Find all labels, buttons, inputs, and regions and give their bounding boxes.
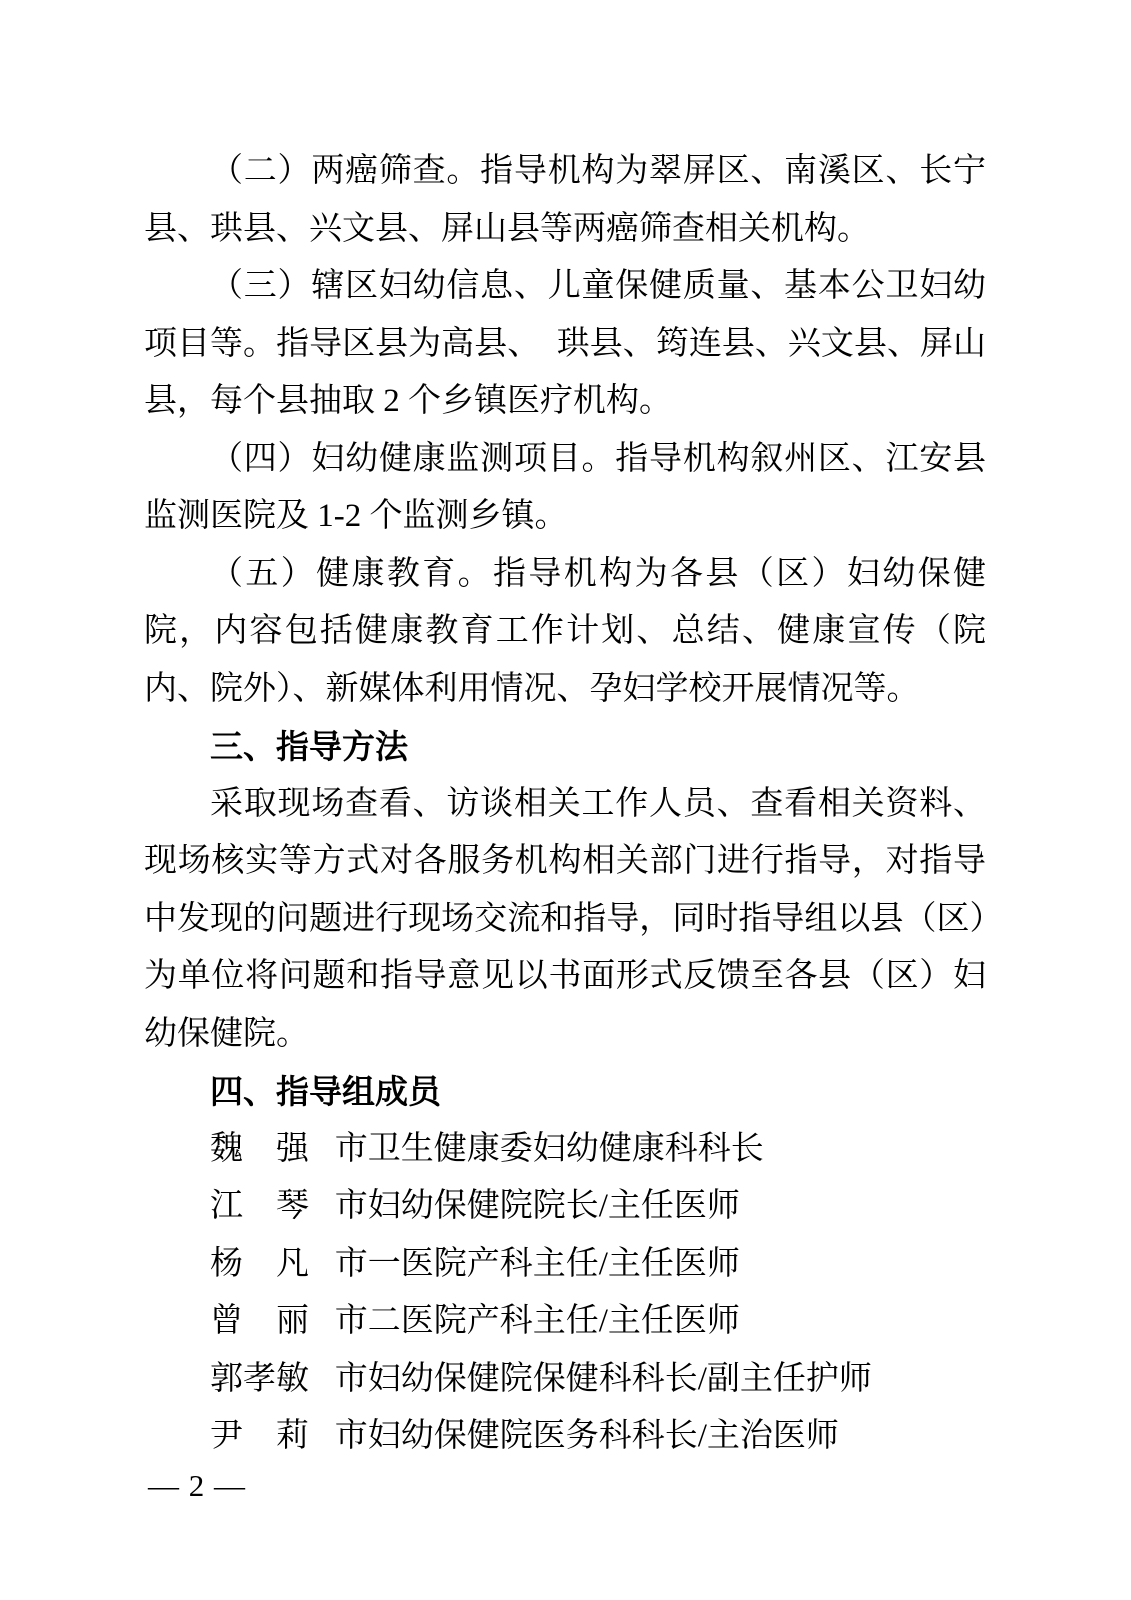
member-row: 郭孝敏市妇幼保健院保健科科长/副主任护师 xyxy=(144,1351,986,1409)
member-title: 市二医院产科主任/主任医师 xyxy=(335,1303,740,1339)
member-title: 市妇幼保健院保健科科长/副主任护师 xyxy=(335,1361,872,1397)
member-name: 江 琴 xyxy=(210,1178,309,1236)
section-heading-group-members: 四、指导组成员 xyxy=(144,1063,986,1121)
member-name: 尹 莉 xyxy=(210,1408,309,1466)
paragraph-cancer-screening: （二）两癌筛查。指导机构为翠屏区、南溪区、长宁县、珙县、兴文县、屏山县等两癌筛查… xyxy=(144,143,986,258)
paragraph-health-monitoring: （四）妇幼健康监测项目。指导机构叙州区、江安县监测医院及 1-2 个监测乡镇。 xyxy=(144,431,986,546)
document-body: （二）两癌筛查。指导机构为翠屏区、南溪区、长宁县、珙县、兴文县、屏山县等两癌筛查… xyxy=(144,143,986,1466)
member-name: 郭孝敏 xyxy=(210,1351,309,1409)
document-page: （二）两癌筛查。指导机构为翠屏区、南溪区、长宁县、珙县、兴文县、屏山县等两癌筛查… xyxy=(0,0,1131,1600)
section-heading-guidance-methods: 三、指导方法 xyxy=(144,718,986,776)
member-title: 市一医院产科主任/主任医师 xyxy=(335,1246,740,1282)
member-row: 尹 莉市妇幼保健院医务科科长/主治医师 xyxy=(144,1408,986,1466)
member-name: 曾 丽 xyxy=(210,1293,309,1351)
member-row: 江 琴市妇幼保健院院长/主任医师 xyxy=(144,1178,986,1236)
paragraph-health-education: （五）健康教育。指导机构为各县（区）妇幼保健院，内容包括健康教育工作计划、总结、… xyxy=(144,546,986,719)
page-number: — 2 — xyxy=(148,1466,246,1506)
paragraph-district-info: （三）辖区妇幼信息、儿童保健质量、基本公卫妇幼项目等。指导区县为高县、 珙县、筠… xyxy=(144,258,986,431)
member-name: 魏 强 xyxy=(210,1121,309,1179)
member-title: 市卫生健康委妇幼健康科科长 xyxy=(335,1131,764,1167)
member-name: 杨 凡 xyxy=(210,1236,309,1294)
member-title: 市妇幼保健院院长/主任医师 xyxy=(335,1188,740,1224)
member-row: 杨 凡市一医院产科主任/主任医师 xyxy=(144,1236,986,1294)
member-row: 魏 强市卫生健康委妇幼健康科科长 xyxy=(144,1121,986,1179)
member-title: 市妇幼保健院医务科科长/主治医师 xyxy=(335,1418,839,1454)
member-row: 曾 丽市二医院产科主任/主任医师 xyxy=(144,1293,986,1351)
paragraph-guidance-methods: 采取现场查看、访谈相关工作人员、查看相关资料、现场核实等方式对各服务机构相关部门… xyxy=(144,776,986,1064)
